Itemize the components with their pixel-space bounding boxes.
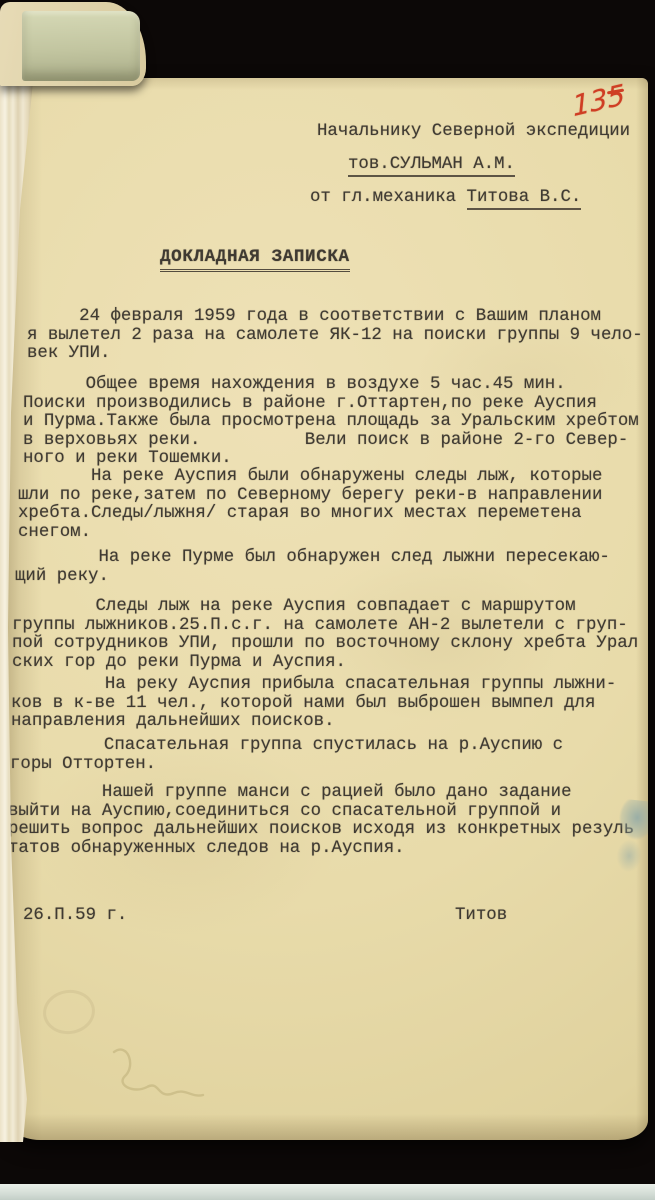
paragraph-8: Нашей группе манси с рацией было дано за… [8,784,634,858]
text-line: Нашей группе манси с рацией было дано за… [8,784,634,803]
table-surface [0,1184,655,1200]
text-line: На реке Ауспия были обнаружены следы лыж… [18,468,602,487]
text-line: хребта.Следы/лыжня/ старая во многих мес… [18,505,602,524]
date-line: 26.П.59 г. [23,906,127,925]
recipient-name: тов.СУЛЬМАН А.М. [348,155,515,175]
text-line: направления дальнейших поисков. [11,713,616,732]
text-line: и Пурма.Также была просмотрена площадь з… [23,413,639,432]
text-line: ских гор до реки Пурма и Ауспия. [12,654,638,673]
text-line: Следы лыж на реке Ауспия совпадает с мар… [12,598,638,617]
sender-line: от гл.механика Титова В.С. [310,188,581,208]
text-line: выйти на Ауспию,соединиться со спасатель… [8,803,634,822]
paragraph-7: Спасательная группа спустилась на р.Аусп… [10,737,563,774]
paragraph-1: 24 февраля 1959 года в соответствии с Ва… [27,308,643,364]
ink-smudge [608,798,648,880]
recipient-line: Начальнику Северной экспедиции [317,122,630,142]
document-page: 135 Начальнику Северной экспедиции тов.С… [6,78,648,1140]
document-title: ДОКЛАДНАЯ ЗАПИСКА [160,247,350,272]
text-line: горы Оттортен. [10,756,563,775]
text-line: решить вопрос дальнейших поисков исходя … [8,821,634,840]
sender-name: Титова В.С. [467,188,582,210]
text-line: шли по реке,затем по Северному берегу ре… [18,487,602,506]
text-line: ков в к-ве 11 чел., которой нами был выб… [11,695,616,714]
curled-page-face [22,11,140,81]
paper-fiber-squiggle [106,1040,216,1110]
paragraph-3: На реке Ауспия были обнаружены следы лыж… [18,468,602,542]
sender-prefix: от гл.механика [310,188,467,207]
text-line: Спасательная группа спустилась на р.Аусп… [10,737,563,756]
text-line: На реку Ауспия прибыла спасательная груп… [11,676,616,695]
text-line: я вылетел 2 раза на самолете ЯК-12 на по… [27,327,643,346]
text-line: татов обнаруженных следов на р.Ауспия. [8,840,634,859]
paper-stain-ring [40,987,98,1038]
page-number-annotation: 135 [571,78,626,123]
paragraph-6: На реку Ауспия прибыла спасательная груп… [11,676,616,732]
paragraph-4: На реке Пурме был обнаружен след лыжни п… [15,549,610,586]
photo-backdrop: 135 Начальнику Северной экспедиции тов.С… [0,0,655,1200]
text-line: в верховьях реки. Вели поиск в районе 2-… [23,432,639,451]
text-line: Общее время нахождения в воздухе 5 час.4… [23,376,639,395]
text-line: снегом. [18,524,602,543]
text-line: Поиски производились в районе г.Оттартен… [23,395,639,414]
signature: Титов [455,906,507,925]
text-line: пой сотрудников УПИ, прошли по восточном… [12,635,638,654]
text-line: век УПИ. [27,345,643,364]
text-line: 24 февраля 1959 года в соответствии с Ва… [27,308,643,327]
curled-page [0,2,146,86]
text-line: На реке Пурме был обнаружен след лыжни п… [15,549,610,568]
paragraph-2: Общее время нахождения в воздухе 5 час.4… [23,376,639,469]
recipient-name-text: тов.СУЛЬМАН А.М. [348,155,515,177]
paragraph-5: Следы лыж на реке Ауспия совпадает с мар… [12,598,638,672]
text-line: щий реку. [15,568,610,587]
text-line: группы лыжников.25.П.с.г. на самолете АН… [12,617,638,636]
